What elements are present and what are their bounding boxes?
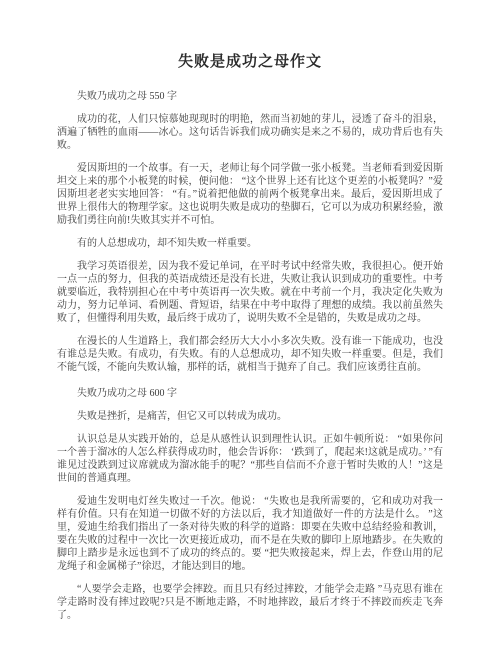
paragraph: 失败是挫折，是痛苦，但它又可以转成为成功。	[57, 410, 443, 423]
section-heading-550: 失败乃成功之母 550 字	[57, 87, 443, 102]
paragraph: 有的人总想成功，却不知失败一样重要。	[57, 237, 443, 250]
paragraph: 在漫长的人生道路上，我们都会经历大大小小多次失败。没有谁一下能成功，也没有谁总是…	[57, 335, 443, 374]
paragraph: 认识总是从实践开始的，总是从感性认识到理性认识。正如牛顿所说： “如果你问一个善…	[57, 433, 443, 485]
section-heading-600: 失败乃成功之母 600 字	[57, 384, 443, 399]
essay-section-600: 失败乃成功之母 600 字 失败是挫折，是痛苦，但它又可以转成为成功。 认识总是…	[57, 384, 443, 622]
paragraph: “人要学会走路，也要学会摔跤。而且只有经过摔跤，才能学会走路 ”马克思有谁在学走…	[57, 583, 443, 622]
page-title: 失败是成功之母作文	[57, 50, 443, 71]
paragraph: 爱迪生发明电灯丝失败过一千次。他说： “失败也是我所需要的，它和成功对我一样有价…	[57, 495, 443, 573]
essay-section-550: 失败乃成功之母 550 字 成功的花，人们只惊慕她现现时的明艳，然而当初她的芽儿…	[57, 87, 443, 374]
paragraph: 成功的花，人们只惊慕她现现时的明艳，然而当初她的芽儿，浸透了奋斗的泪泉，洒遍了牺…	[57, 113, 443, 152]
document-page: 失败是成功之母作文 失败乃成功之母 550 字 成功的花，人们只惊慕她现现时的明…	[0, 0, 500, 647]
paragraph: 我学习英语很差，因为我不爱记单词，在平时考试中经常失败，我很担心。便开始一点一点…	[57, 260, 443, 325]
paragraph: 爱因斯坦的一个故事。有一天，老师让每个同学做一张小板凳。当老师看到爱因斯坦交上来…	[57, 162, 443, 227]
